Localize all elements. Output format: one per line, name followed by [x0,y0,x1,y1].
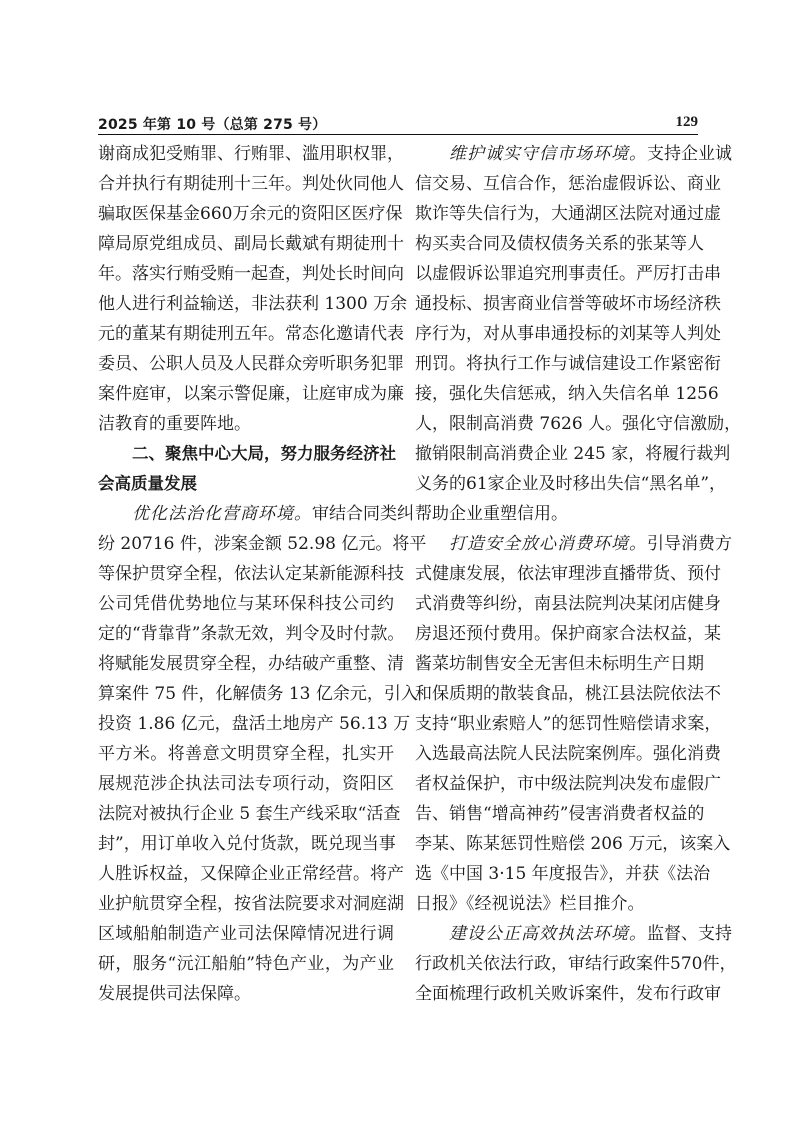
text-line: 障局原党组成员、副局长戴斌有期徒刑十 [98,229,394,259]
text-line: 者权益保护，市中级法院判决发布虚假广 [415,769,701,799]
text-line: 行政机关依法行政，审结行政案件570件， [415,949,701,979]
text-line: 等保护贯穿全程，依法认定某新能源科技 [98,559,394,589]
issue-label: 2025 年第 10 号（总第 275 号） [98,114,326,134]
text-line: 展规范涉企执法司法专项行动，资阳区 [98,769,394,799]
paragraph-business-environment: 优化法治化营商环境。审结合同类纠 纷 20716 件，涉案金额 52.98 亿元… [98,499,394,1009]
text-line: 算案件 75 件，化解债务 13 亿余元，引入 [98,679,394,709]
text-line: 洁教育的重要阵地。 [98,409,394,439]
text-line: 委员、公职人员及人民群众旁听职务犯罪 [98,349,394,379]
text-line: 酱菜坊制售安全无害但未标明生产日期 [415,649,701,679]
text-line: 李某、陈某惩罚性赔偿 206 万元，该案入 [415,829,701,859]
text-line: 选《中国 3·15 年度报告》，并获《法治 [415,859,701,889]
text-line: 他人进行利益输送，非法获利 1300 万余 [98,289,394,319]
text-line: 人胜诉权益，又保障企业正常经营。将产 [98,859,394,889]
text-line: 元的董某有期徒刑五年。常态化邀请代表 [98,319,394,349]
heading-line: 会高质量发展 [98,469,394,499]
text-line: 日报》《经视说法》栏目推介。 [415,889,701,919]
text-line: 定的“背靠背”条款无效，判令及时付款。 [98,619,394,649]
page-number: 129 [676,114,699,131]
text-line: 纷 20716 件，涉案金额 52.98 亿元。将平 [98,529,394,559]
text-line: 告、销售“增高神药”侵害消费者权益的 [415,799,701,829]
text-line: 通投标、损害商业信誉等破坏市场经济秩 [415,289,701,319]
text-line: 业护航贯穿全程，按省法院要求对洞庭湖 [98,889,394,919]
text-line: 信交易、互信合作，惩治虚假诉讼、商业 [415,169,701,199]
section-heading: 二、聚焦中心大局，努力服务经济社 会高质量发展 [98,439,394,499]
text-line: 案件庭审，以案示警促廉，让庭审成为廉 [98,379,394,409]
text-line: 支持“职业索赔人”的惩罚性赔偿请求案， [415,709,701,739]
paragraph-lead: 建设公正高效执法环境。 [449,924,647,944]
heading-line: 二、聚焦中心大局，努力服务经济社 [98,439,394,469]
text-line: 式健康发展，依法审理涉直播带货、预付 [415,559,701,589]
text-line: 义务的61家企业及时移出失信“黑名单”， [415,469,701,499]
text-line: 将赋能发展贯穿全程，办结破产重整、清 [98,649,394,679]
text-line: 投资 1.86 亿元，盘活土地房产 56.13 万 [98,709,394,739]
paragraph-lead: 优化法治化营商环境。 [132,504,312,524]
text-line: 式消费等纠纷，南县法院判决某闭店健身 [415,589,701,619]
text-line: 人，限制高消费 7626 人。强化守信激励， [415,409,701,439]
text-line: 年。落实行贿受贿一起查，判处长时间向 [98,259,394,289]
text-span: 审结合同类纠 [312,504,414,524]
paragraph-sentencing: 谢商成犯受贿罪、行贿罪、滥用职权罪， 合并执行有期徒刑十三年。判处伙同他人 骗取… [98,139,394,439]
text-line: 法院对被执行企业 5 套生产线采取“活查 [98,799,394,829]
text-line: 接，强化失信惩戒，纳入失信名单 1256 [415,379,701,409]
text-line: 建设公正高效执法环境。监督、支持 [415,919,701,949]
text-line: 帮助企业重塑信用。 [415,499,701,529]
text-line: 发展提供司法保障。 [98,979,394,1009]
text-line: 房退还预付费用。保护商家合法权益，某 [415,619,701,649]
text-line: 研，服务“沅江船舶”特色产业，为产业 [98,949,394,979]
text-span: 引导消费方 [647,534,732,554]
text-line: 入选最高法院人民法院案例库。强化消费 [415,739,701,769]
paragraph-consumer-environment: 打造安全放心消费环境。引导消费方 式健康发展，依法审理涉直播带货、预付 式消费等… [415,529,701,919]
text-line: 区域船舶制造产业司法保障情况进行调 [98,919,394,949]
text-line: 全面梳理行政机关败诉案件，发布行政审 [415,979,701,1009]
text-line: 以虚假诉讼罪追究刑事责任。严厉打击串 [415,259,701,289]
text-line: 维护诚实守信市场环境。支持企业诚 [415,139,701,169]
right-column: 维护诚实守信市场环境。支持企业诚 信交易、互信合作，惩治虚假诉讼、商业 欺诈等失… [415,139,701,1009]
paragraph-lead: 维护诚实守信市场环境。 [449,144,647,164]
text-line: 撤销限制高消费企业 245 家，将履行裁判 [415,439,701,469]
text-line: 和保质期的散装食品，桃江县法院依法不 [415,679,701,709]
running-header: 2025 年第 10 号（总第 275 号） 129 [98,114,698,135]
text-line: 封”，用订单收入兑付货款，既兑现当事 [98,829,394,859]
text-line: 优化法治化营商环境。审结合同类纠 [98,499,394,529]
text-line: 骗取医保基金660万余元的资阳区医疗保 [98,199,394,229]
paragraph-lead: 打造安全放心消费环境。 [449,534,647,554]
text-line: 刑罚。将执行工作与诚信建设工作紧密衔 [415,349,701,379]
text-line: 合并执行有期徒刑十三年。判处伙同他人 [98,169,394,199]
paragraph-law-enforcement: 建设公正高效执法环境。监督、支持 行政机关依法行政，审结行政案件570件， 全面… [415,919,701,1009]
text-line: 谢商成犯受贿罪、行贿罪、滥用职权罪， [98,139,394,169]
text-line: 欺诈等失信行为，大通湖区法院对通过虚 [415,199,701,229]
paragraph-market-integrity: 维护诚实守信市场环境。支持企业诚 信交易、互信合作，惩治虚假诉讼、商业 欺诈等失… [415,139,701,529]
text-line: 打造安全放心消费环境。引导消费方 [415,529,701,559]
text-line: 构买卖合同及债权债务关系的张某等人 [415,229,701,259]
text-line: 序行为，对从事串通投标的刘某等人判处 [415,319,701,349]
text-line: 平方米。将善意文明贯穿全程，扎实开 [98,739,394,769]
left-column: 谢商成犯受贿罪、行贿罪、滥用职权罪， 合并执行有期徒刑十三年。判处伙同他人 骗取… [98,139,394,1009]
text-span: 监督、支持 [647,924,732,944]
text-line: 公司凭借优势地位与某环保科技公司约 [98,589,394,619]
text-span: 支持企业诚 [647,144,732,164]
